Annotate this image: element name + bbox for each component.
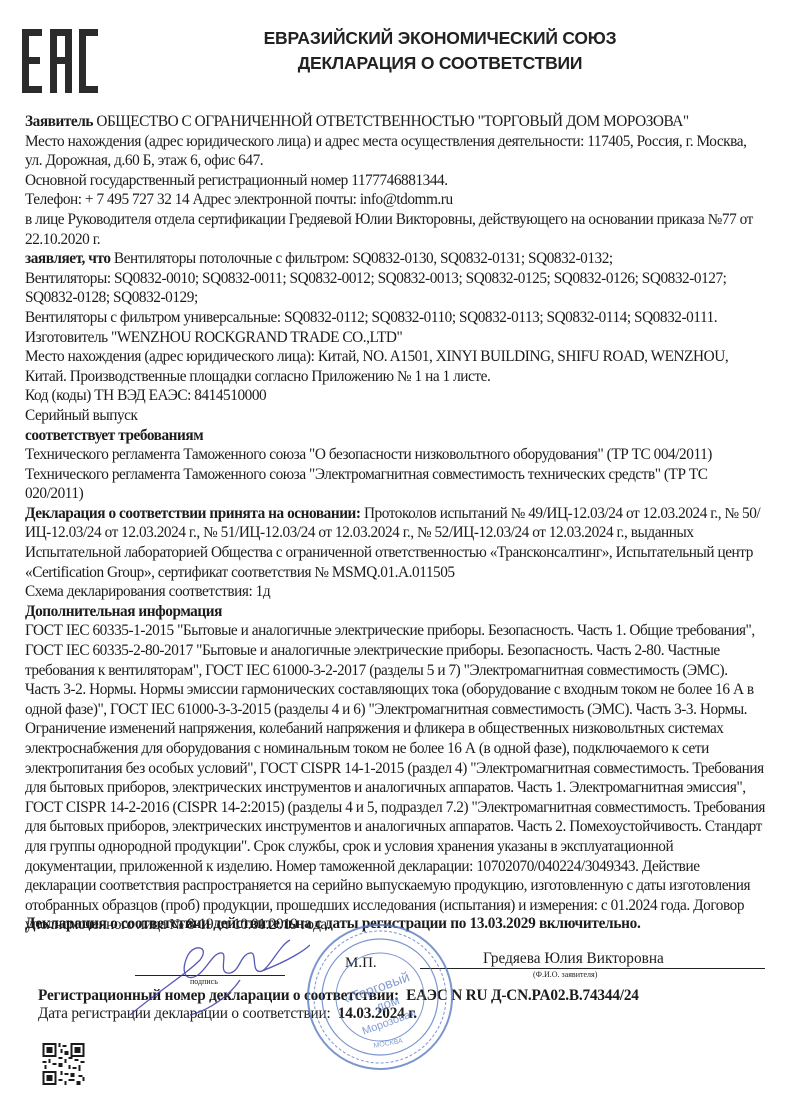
eac-logo-icon: [22, 29, 98, 93]
additional-info-label: Дополнительная информация: [25, 602, 765, 622]
svg-text:Морозова»: Морозова»: [361, 1007, 418, 1038]
applicant-contacts: Телефон: + 7 495 727 32 14 Адрес электро…: [25, 190, 765, 210]
basis-line: Декларация о соответствии принята на осн…: [25, 504, 765, 582]
release-type: Серийный выпуск: [25, 406, 765, 426]
applicant-line: Заявитель ОБЩЕСТВО С ОГРАНИЧЕННОЙ ОТВЕТС…: [25, 112, 765, 132]
manufacturer-name: Изготовитель "WENZHOU ROCKGRAND TRADE CO…: [25, 328, 765, 348]
svg-text:МОСКВА: МОСКВА: [373, 1038, 404, 1050]
products-universal-fans: Вентиляторы с фильтром универсальные: SQ…: [25, 308, 765, 328]
products-ceiling-fans: Вентиляторы потолочные с фильтром: SQ083…: [111, 250, 613, 267]
union-title: ЕВРАЗИЙСКИЙ ЭКОНОМИЧЕСКИЙ СОЮЗ: [180, 26, 700, 51]
signer-caption: (Ф.И.О. заявителя): [533, 970, 597, 979]
signer-name-line: [420, 968, 765, 969]
applicant-name: ОБЩЕСТВО С ОГРАНИЧЕННОЙ ОТВЕТСТВЕННОСТЬЮ…: [93, 113, 689, 130]
document-header: ЕВРАЗИЙСКИЙ ЭКОНОМИЧЕСКИЙ СОЮЗ ДЕКЛАРАЦИ…: [180, 26, 700, 76]
hs-code: Код (коды) ТН ВЭД ЕАЭС: 8414510000: [25, 386, 765, 406]
applicant-representative: в лице Руководителя отдела сертификации …: [25, 210, 765, 249]
signature-icon: [90, 935, 310, 1020]
basis-label: Декларация о соответствии принята на осн…: [25, 505, 361, 522]
declaration-scheme: Схема декларирования соответствия: 1д: [25, 582, 765, 602]
additional-info-text: ГОСТ IEC 60335-1-2015 "Бытовые и аналоги…: [25, 621, 765, 935]
qr-code-icon[interactable]: [41, 1043, 86, 1085]
products-fans: Вентиляторы: SQ0832-0010; SQ0832-0011; S…: [25, 269, 765, 308]
regulation-004: Технического регламента Таможенного союз…: [25, 445, 765, 465]
applicant-label: Заявитель: [25, 113, 93, 130]
declares-line: заявляет, что Вентиляторы потолочные с ф…: [25, 249, 765, 269]
regulation-020: Технического регламента Таможенного союз…: [25, 465, 765, 504]
document-body: Заявитель ОБЩЕСТВО С ОГРАНИЧЕННОЙ ОТВЕТС…: [25, 112, 765, 935]
declares-label: заявляет, что: [25, 250, 111, 267]
requirements-label: соответствует требованиям: [25, 426, 765, 446]
document-title: ДЕКЛАРАЦИЯ О СООТВЕТСТВИИ: [180, 51, 700, 76]
company-stamp-icon: «Торговый дом Морозова» МОСКВА: [305, 922, 455, 1072]
manufacturer-address: Место нахождения (адрес юридического лиц…: [25, 347, 765, 386]
signer-name: Гредяева Юлия Викторовна: [483, 950, 664, 968]
applicant-ogrn: Основной государственный регистрационный…: [25, 171, 765, 191]
applicant-address: Место нахождения (адрес юридического лиц…: [25, 132, 765, 171]
